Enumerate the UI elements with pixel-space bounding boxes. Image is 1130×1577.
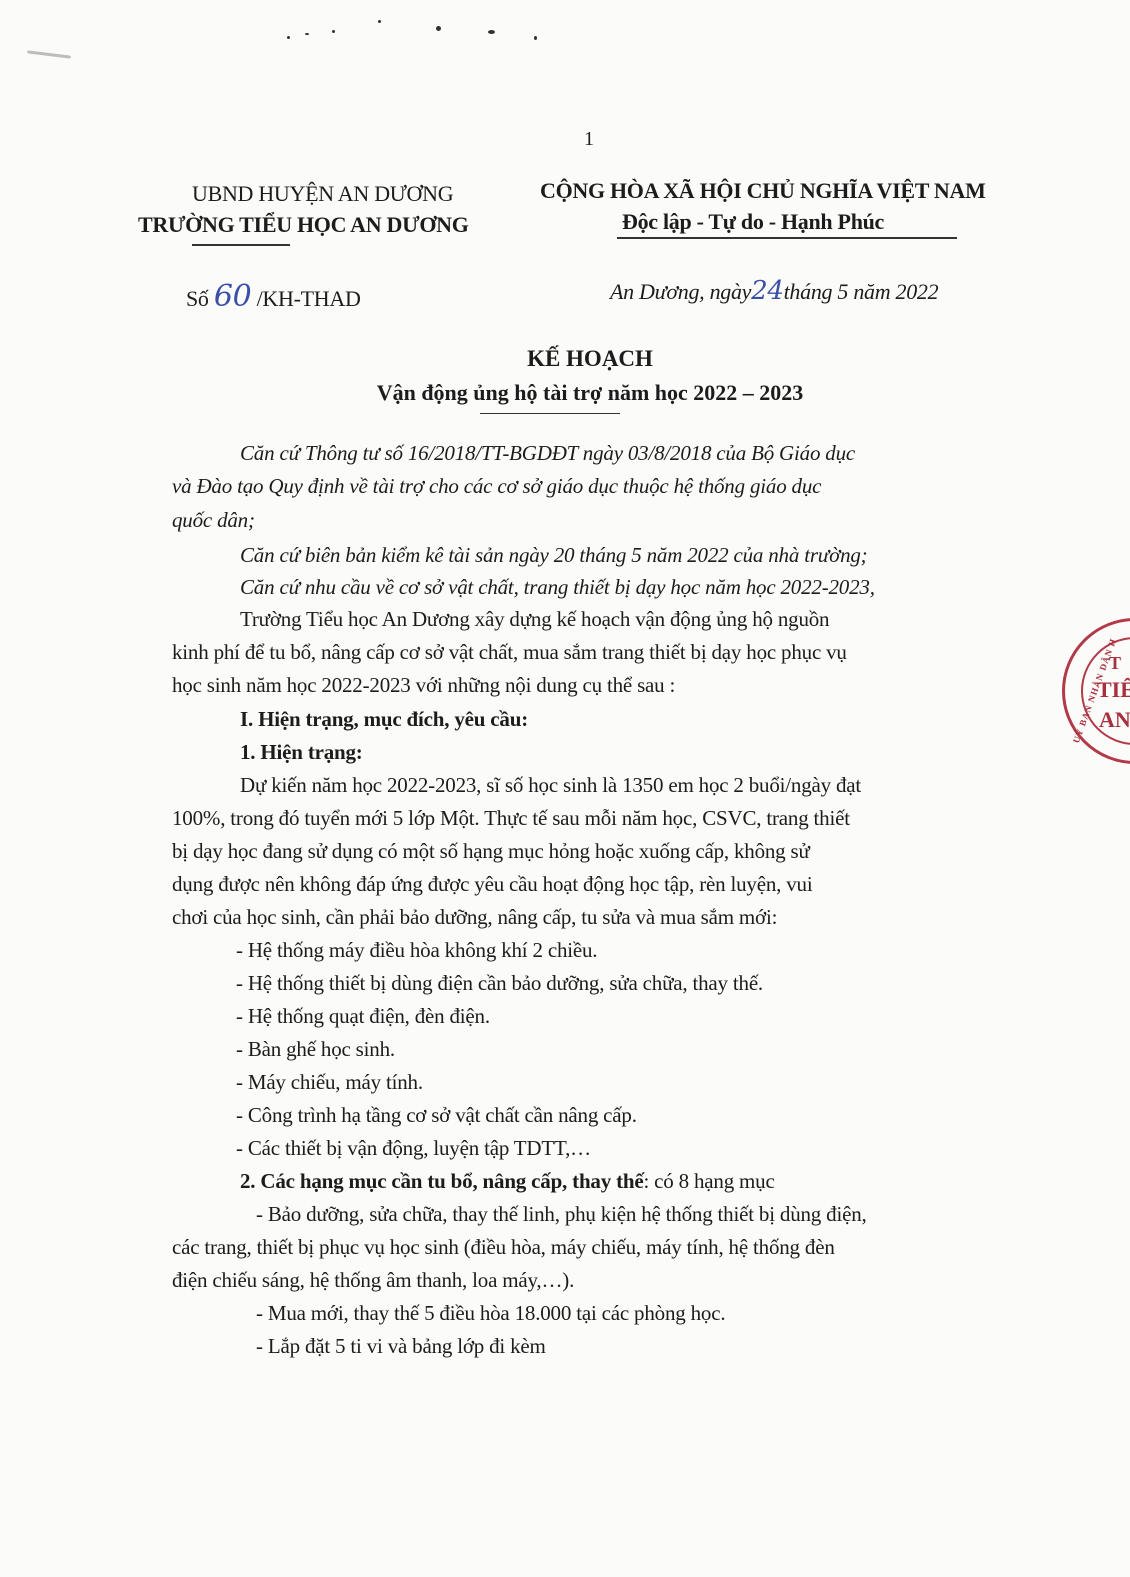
- place-date-suffix: tháng 5 năm 2022: [784, 279, 939, 304]
- intro-line-1: Trường Tiểu học An Dương xây dựng kế hoạ…: [240, 607, 829, 632]
- status-item: - Các thiết bị vận động, luyện tập TDTT,…: [236, 1136, 591, 1161]
- status-line-4: dụng được nên không đáp ứng được yêu cầu…: [172, 872, 813, 897]
- doc-number-handwritten: 60: [214, 279, 252, 314]
- stamp-text-line-2: TIỂ: [1097, 677, 1130, 703]
- section-1-heading: I. Hiện trạng, mục đích, yêu cầu:: [240, 707, 528, 732]
- status-item: - Hệ thống thiết bị dùng điện cần bảo dư…: [236, 971, 763, 996]
- official-stamp: UỶ BAN NHÂN DÂN H T TIỂ AN: [1062, 618, 1130, 764]
- basis-1-line-2: và Đào tạo Quy định về tài trợ cho các c…: [172, 474, 821, 499]
- subsection-2-title: 2. Các hạng mục cần tu bổ, nâng cấp, tha…: [240, 1169, 643, 1193]
- subsection-2-heading: 2. Các hạng mục cần tu bổ, nâng cấp, tha…: [240, 1169, 775, 1194]
- scan-speck: [488, 30, 495, 34]
- stamp-text-line-1: T: [1109, 653, 1121, 674]
- scan-artifact-mark: [27, 50, 71, 58]
- status-line-3: bị dạy học đang sử dụng có một số hạng m…: [172, 839, 810, 864]
- place-date: An Dương, ngày24tháng 5 năm 2022: [610, 276, 938, 306]
- motto-underline: [617, 237, 957, 239]
- school-underline: [192, 244, 290, 246]
- header-school: TRƯỜNG TIỂU HỌC AN DƯƠNG: [138, 212, 469, 238]
- status-line-5: chơi của học sinh, cần phải bảo dưỡng, n…: [172, 905, 777, 930]
- status-item: - Hệ thống máy điều hòa không khí 2 chiề…: [236, 938, 597, 963]
- header-country: CỘNG HÒA XÃ HỘI CHỦ NGHĨA VIỆT NAM: [540, 178, 986, 204]
- doc-title: KẾ HOẠCH: [0, 346, 1130, 372]
- basis-1-line-1: Căn cứ Thông tư số 16/2018/TT-BGDĐT ngày…: [240, 441, 855, 466]
- subsection-1-heading: 1. Hiện trạng:: [240, 740, 363, 765]
- doc-number-prefix: Số: [186, 286, 209, 311]
- scan-speck: [436, 26, 441, 31]
- item-2a-line-1: - Bảo dưỡng, sửa chữa, thay thế linh, ph…: [256, 1202, 867, 1227]
- header-authority: UBND HUYỆN AN DƯƠNG: [192, 181, 453, 207]
- date-day-handwritten: 24: [751, 276, 783, 306]
- header-motto: Độc lập - Tự do - Hạnh Phúc: [622, 209, 884, 235]
- doc-number-suffix: /KH-THAD: [257, 286, 361, 311]
- item-2c: - Lắp đặt 5 ti vi và bảng lớp đi kèm: [256, 1334, 546, 1359]
- basis-1-line-3: quốc dân;: [172, 508, 255, 533]
- basis-3: Căn cứ nhu cầu về cơ sở vật chất, trang …: [240, 575, 875, 600]
- document-number: Số 60 /KH-THAD: [186, 279, 361, 314]
- intro-line-2: kinh phí để tu bổ, nâng cấp cơ sở vật ch…: [172, 640, 847, 665]
- scan-speck: [534, 36, 537, 40]
- status-line-1: Dự kiến năm học 2022-2023, sĩ số học sin…: [240, 773, 861, 798]
- item-2a-line-2: các trang, thiết bị phục vụ học sinh (đi…: [172, 1235, 835, 1260]
- status-line-2: 100%, trong đó tuyển mới 5 lớp Một. Thực…: [172, 806, 850, 831]
- basis-2: Căn cứ biên bản kiểm kê tài sản ngày 20 …: [240, 543, 867, 568]
- stamp-text-line-3: AN: [1099, 707, 1130, 733]
- page-number: 1: [584, 128, 594, 151]
- scan-speck: [332, 30, 335, 33]
- intro-line-3: học sinh năm học 2022-2023 với những nội…: [172, 673, 675, 698]
- doc-subtitle: Vận động ủng hộ tài trợ năm học 2022 – 2…: [0, 380, 1130, 406]
- subsection-2-count: : có 8 hạng mục: [643, 1169, 774, 1193]
- place-date-prefix: An Dương, ngày: [610, 279, 751, 304]
- status-item: - Công trình hạ tầng cơ sở vật chất cần …: [236, 1103, 637, 1128]
- subtitle-underline: [480, 413, 620, 414]
- status-item: - Máy chiếu, máy tính.: [236, 1070, 423, 1095]
- scan-speck: [287, 36, 290, 39]
- scan-speck: [305, 33, 309, 35]
- status-item: - Hệ thống quạt điện, đèn điện.: [236, 1004, 490, 1029]
- item-2a-line-3: điện chiếu sáng, hệ thống âm thanh, loa …: [172, 1268, 574, 1293]
- status-item: - Bàn ghế học sinh.: [236, 1037, 395, 1062]
- item-2b: - Mua mới, thay thế 5 điều hòa 18.000 tạ…: [256, 1301, 725, 1326]
- scan-speck: [378, 20, 381, 23]
